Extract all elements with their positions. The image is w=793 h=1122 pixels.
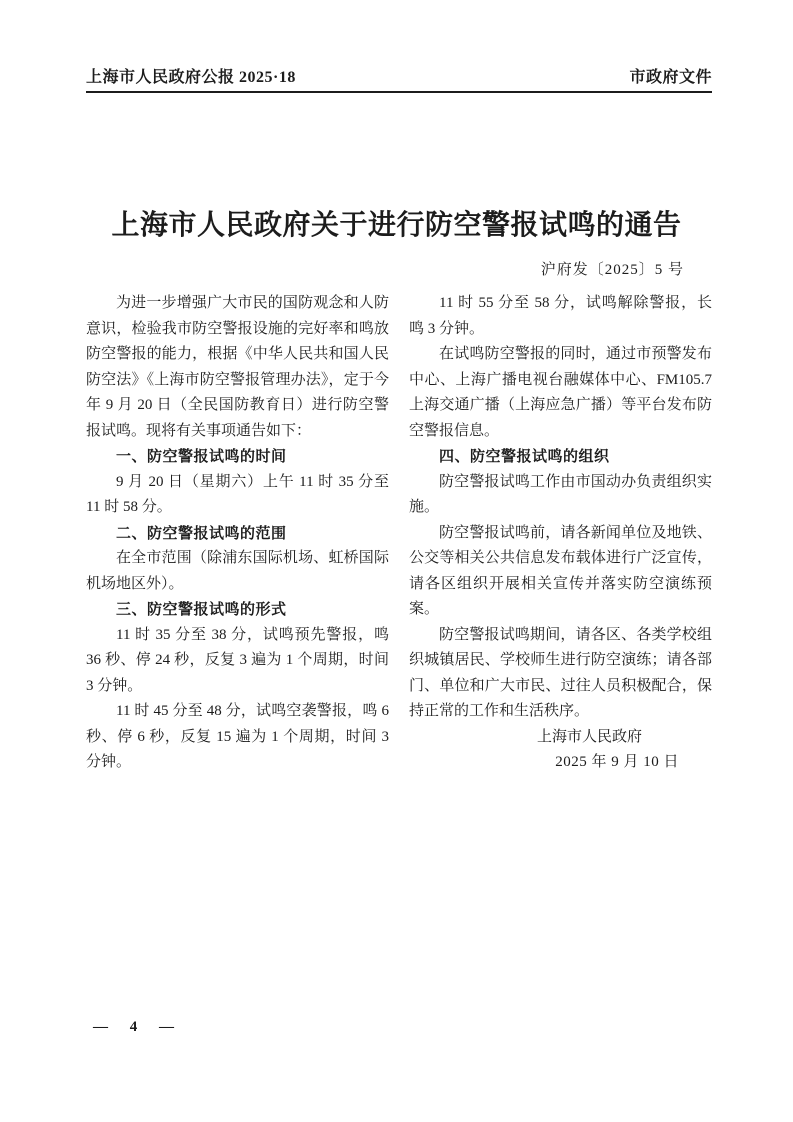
organizer-paragraph: 防空警报试鸣工作由市国动办负责组织实施。 (409, 470, 712, 521)
drill-cooperation-paragraph: 防空警报试鸣期间，请各区、各类学校组织城镇居民、学校师生进行防空演练；请各部门、… (409, 623, 712, 725)
right-column: 11 时 55 分至 58 分，试鸣解除警报，长鸣 3 分钟。 在试鸣防空警报的… (409, 291, 712, 776)
body-columns: 为进一步增强广大市民的国防观念和人防意识，检验我市防空警报设施的完好率和鸣放防空… (86, 291, 712, 776)
section-3-heading: 三、防空警报试鸣的形式 (86, 597, 389, 623)
page-header: 上海市人民政府公报 2025·18 市政府文件 (86, 64, 712, 87)
section-category-label: 市政府文件 (629, 64, 712, 87)
gazette-page: 上海市人民政府公报 2025·18 市政府文件 上海市人民政府关于进行防空警报试… (0, 0, 793, 1122)
document-title: 上海市人民政府关于进行防空警报试鸣的通告 (0, 203, 793, 243)
section-4-heading: 四、防空警报试鸣的组织 (409, 444, 712, 470)
page-number: — 4 — (93, 1019, 176, 1036)
section-1-time-paragraph: 9 月 20 日（星期六）上午 11 时 35 分至 11 时 58 分。 (86, 470, 389, 521)
header-rule (86, 91, 712, 93)
section-2-heading: 二、防空警报试鸣的范围 (86, 521, 389, 547)
signature-date: 2025 年 9 月 10 日 (409, 750, 712, 776)
all-clear-paragraph: 11 时 55 分至 58 分，试鸣解除警报，长鸣 3 分钟。 (409, 291, 712, 342)
section-2-scope-paragraph: 在全市范围（除浦东国际机场、虹桥国际机场地区外）。 (86, 546, 389, 597)
gazette-issue-label: 上海市人民政府公报 2025·18 (86, 64, 296, 87)
broadcast-platforms-paragraph: 在试鸣防空警报的同时，通过市预警发布中心、上海广播电视台融媒体中心、FM105.… (409, 342, 712, 444)
signature-issuer: 上海市人民政府 (409, 725, 712, 751)
intro-paragraph: 为进一步增强广大市民的国防观念和人防意识，检验我市防空警报设施的完好率和鸣放防空… (86, 291, 389, 444)
left-column: 为进一步增强广大市民的国防观念和人防意识，检验我市防空警报设施的完好率和鸣放防空… (86, 291, 389, 776)
air-raid-alert-paragraph: 11 时 45 分至 48 分，试鸣空袭警报，鸣 6 秒、停 6 秒，反复 15… (86, 699, 389, 776)
pre-alert-paragraph: 11 时 35 分至 38 分，试鸣预先警报，鸣 36 秒、停 24 秒，反复 … (86, 623, 389, 700)
section-1-heading: 一、防空警报试鸣的时间 (86, 444, 389, 470)
document-number: 沪府发〔2025〕5 号 (407, 258, 684, 279)
publicity-paragraph: 防空警报试鸣前，请各新闻单位及地铁、公交等相关公共信息发布载体进行广泛宣传，请各… (409, 521, 712, 623)
